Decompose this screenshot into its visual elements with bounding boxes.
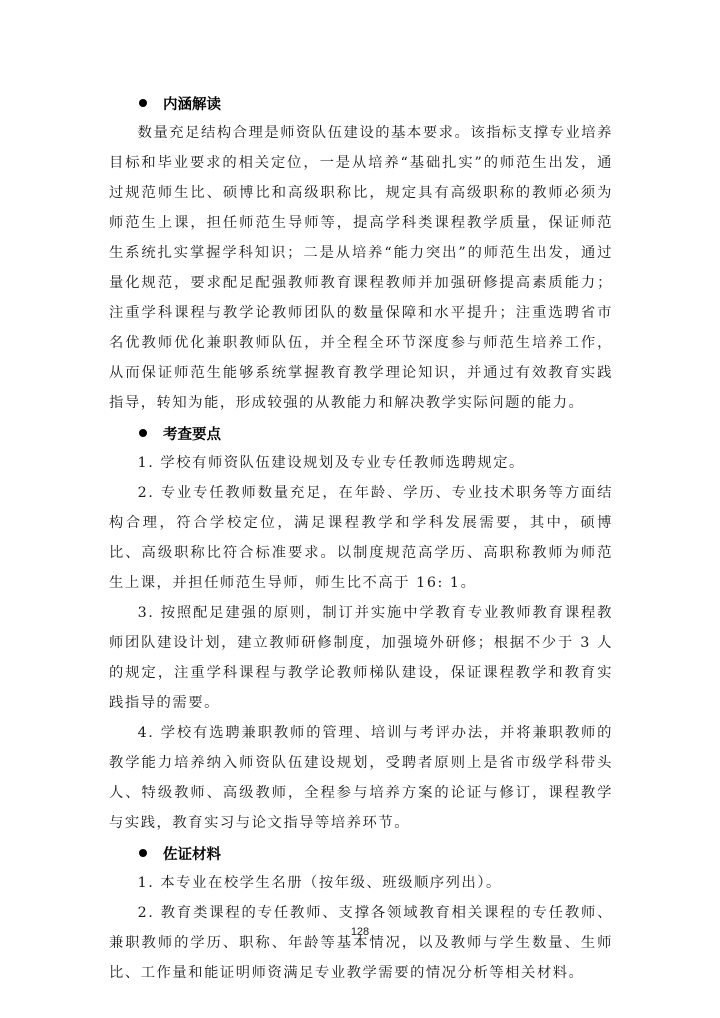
list-item: 4. 学校有选聘兼职教师的管理、培训与考评办法，并将兼职教师的教学能力培养纳入师…: [109, 718, 613, 838]
section-heading: 佐证材料: [139, 838, 613, 868]
list-item: 1. 学校有师资队伍建设规划及专业专任教师选聘规定。: [109, 448, 613, 478]
section-heading-text: 佐证材料: [163, 843, 221, 864]
bullet-icon: [139, 849, 147, 857]
bullet-icon: [139, 429, 147, 437]
list-item: 1. 本专业在校学生名册（按年级、班级顺序列出）。: [109, 868, 613, 898]
page-number: 128: [0, 926, 720, 938]
section-heading-text: 考查要点: [163, 423, 221, 444]
bullet-icon: [139, 99, 147, 107]
list-item: 2. 专业专任教师数量充足，在年龄、学历、专业技术职务等方面结构合理，符合学校定…: [109, 478, 613, 598]
list-item: 3. 按照配足建强的原则，制订并实施中学教育专业教师教育课程教师团队建设计划，建…: [109, 598, 613, 718]
section-heading: 考查要点: [139, 418, 613, 448]
paragraph: 数量充足结构合理是师资队伍建设的基本要求。该指标支撑专业培养目标和毕业要求的相关…: [109, 118, 613, 418]
section-heading-text: 内涵解读: [163, 93, 221, 114]
section-heading: 内涵解读: [139, 88, 613, 118]
list-item: 2. 教育类课程的专任教师、支撑各领域教育相关课程的专任教师、兼职教师的学历、职…: [109, 898, 613, 988]
page-body: 内涵解读 数量充足结构合理是师资队伍建设的基本要求。该指标支撑专业培养目标和毕业…: [109, 88, 613, 988]
